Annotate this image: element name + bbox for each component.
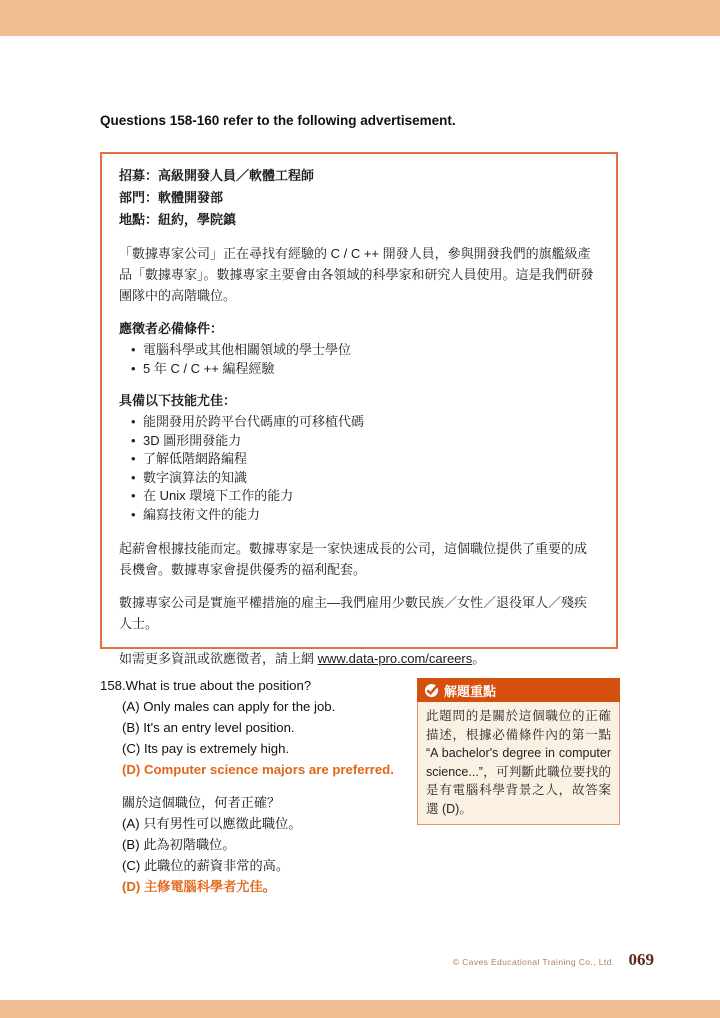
requirements-list: 電腦科學或其他相關領域的學士學位 5 年 C / C ++ 編程經驗 xyxy=(119,341,599,378)
options-en: (A) Only males can apply for the job. (B… xyxy=(100,696,412,780)
careers-link[interactable]: www.data-pro.com/careers xyxy=(318,651,473,666)
book-page: Questions 158-160 refer to the following… xyxy=(0,0,720,1018)
option-zh-c: (C) 此職位的薪資非常的高。 xyxy=(122,855,412,876)
solution-body: 此題問的是關於這個職位的正確描述，根據必備條件內的第一點 “A bachelor… xyxy=(417,702,620,825)
solution-keypoint-box: 解題重點 此題問的是關於這個職位的正確描述，根據必備條件內的第一點 “A bac… xyxy=(417,678,620,825)
option-en-d-answer: (D) Computer science majors are preferre… xyxy=(122,759,412,780)
option-en-a: (A) Only males can apply for the job. xyxy=(122,696,412,717)
option-en-c: (C) Its pay is extremely high. xyxy=(122,738,412,759)
option-zh-d-answer: (D) 主修電腦科學者尤佳。 xyxy=(122,876,412,897)
option-zh-a: (A) 只有男性可以應徵此職位。 xyxy=(122,813,412,834)
page-number: 069 xyxy=(629,950,655,970)
solution-title: 解題重點 xyxy=(444,681,496,700)
solution-header: 解題重點 xyxy=(417,678,620,702)
requirement-item: 5 年 C / C ++ 編程經驗 xyxy=(119,360,599,379)
ad-recruit-line: 招募：高級開發人員／軟體工程師 xyxy=(119,165,599,187)
skills-list: 能開發用於跨平台代碼庫的可移植代碼 3D 圖形開發能力 了解低階網路編程 數字演… xyxy=(119,413,599,524)
question-158-block: 158. What is true about the position? (A… xyxy=(100,675,412,897)
option-en-b: (B) It's an entry level position. xyxy=(122,717,412,738)
skill-item: 了解低階網路編程 xyxy=(119,450,599,469)
ad-location-line: 地點：紐約，學院鎮 xyxy=(119,209,599,231)
apply-paragraph: 如需更多資訊或欲應徵者，請上網 www.data-pro.com/careers… xyxy=(119,648,599,669)
question-text-zh: 關於這個職位，何者正確？ xyxy=(100,792,412,813)
question-text-en: What is true about the position? xyxy=(126,675,311,696)
apply-text-suffix: 。 xyxy=(472,651,485,666)
options-zh: (A) 只有男性可以應徵此職位。 (B) 此為初階職位。 (C) 此職位的薪資非… xyxy=(100,813,412,897)
question-line-en: 158. What is true about the position? xyxy=(100,675,412,696)
copyright-text: © Caves Educational Training Co., Ltd. xyxy=(453,957,615,967)
salary-paragraph: 起薪會根據技能而定。數據專家是一家快速成長的公司，這個職位提供了重要的成長機會。… xyxy=(119,538,599,580)
apply-text-prefix: 如需更多資訊或欲應徵者，請上網 xyxy=(119,651,318,666)
requirements-heading: 應徵者必備條件： xyxy=(119,318,599,339)
question-set-heading: Questions 158-160 refer to the following… xyxy=(100,113,620,128)
skills-heading: 具備以下技能尤佳： xyxy=(119,390,599,411)
eeo-paragraph: 數據專家公司是實施平權措施的雇主—我們雇用少數民族／女性／退役軍人／殘疾人士。 xyxy=(119,592,599,634)
skill-item: 3D 圖形開發能力 xyxy=(119,432,599,451)
ad-department-line: 部門：軟體開發部 xyxy=(119,187,599,209)
skill-item: 數字演算法的知識 xyxy=(119,469,599,488)
requirement-item: 電腦科學或其他相關領域的學士學位 xyxy=(119,341,599,360)
option-zh-b: (B) 此為初階職位。 xyxy=(122,834,412,855)
question-number: 158. xyxy=(100,675,126,696)
page-bottom-border xyxy=(0,1000,720,1018)
skill-item: 編寫技術文件的能力 xyxy=(119,506,599,525)
page-footer: © Caves Educational Training Co., Ltd. 0… xyxy=(453,950,654,970)
page-top-border xyxy=(0,0,720,36)
check-circle-icon xyxy=(424,683,439,698)
advertisement-box: 招募：高級開發人員／軟體工程師 部門：軟體開發部 地點：紐約，學院鎮 「數據專家… xyxy=(100,152,618,649)
skill-item: 能開發用於跨平台代碼庫的可移植代碼 xyxy=(119,413,599,432)
ad-intro-paragraph: 「數據專家公司」正在尋找有經驗的 C / C ++ 開發人員，參與開發我們的旗艦… xyxy=(119,243,599,306)
skill-item: 在 Unix 環境下工作的能力 xyxy=(119,487,599,506)
